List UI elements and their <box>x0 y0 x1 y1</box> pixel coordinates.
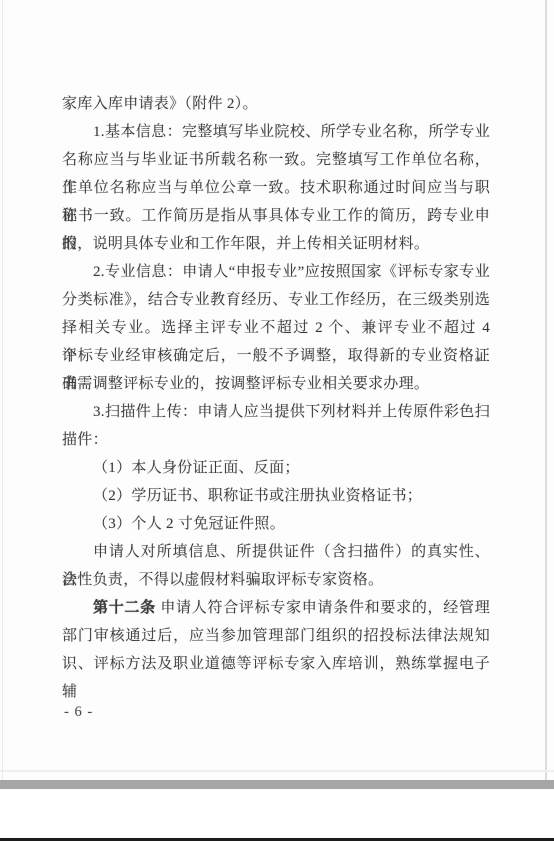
text-line: 家库入库申请表》（附件 2）。 <box>62 90 490 118</box>
text-block: 家库入库申请表》（附件 2）。1.基本信息：完整填写毕业院校、所学专业名称，所学… <box>62 90 490 678</box>
text-line: 的，说明具体专业和工作年限，并上传相关证明材料。 <box>62 230 490 258</box>
text-line: 分类标准》，结合专业教育经历、专业工作经历，在三级类别选 <box>62 286 490 314</box>
text-line: （2）学历证书、职称证书或注册执业资格证书； <box>62 482 490 510</box>
article-number-bold: 第十二条 <box>93 600 156 616</box>
page-right-edge-line <box>545 0 547 781</box>
text-line: 1.基本信息：完整填写毕业院校、所学专业名称，所学专业 <box>62 118 490 146</box>
text-line: 申请人对所填信息、所提供证件（含扫描件）的真实性、合 <box>62 538 490 566</box>
page-number: - 6 - <box>64 701 93 723</box>
text-line: 证书一致。工作简历是指从事具体专业工作的简历，跨专业申报 <box>62 202 490 230</box>
text-line: 名称应当与毕业证书所载名称一致。完整填写工作单位名称，工 <box>62 146 490 174</box>
text-line: 法性负责，不得以虚假材料骗取评标专家资格。 <box>62 566 490 594</box>
page-separator-band <box>0 780 554 789</box>
page-bottom-edge-faint-line <box>0 770 554 772</box>
text-line: 第十二条 申请人符合评标专家申请条件和要求的，经管理 <box>62 594 490 622</box>
text-line: 部门审核通过后，应当参加管理部门组织的招投标法律法规知 <box>62 622 490 650</box>
text-line: 2.专业信息：申请人“申报专业”应按照国家《评标专家专业 <box>62 258 490 286</box>
text-line: 3.扫描件上传：申请人应当提供下列材料并上传原件彩色扫 <box>62 398 490 426</box>
scanned-document-page: 家库入库申请表》（附件 2）。1.基本信息：完整填写毕业院校、所学专业名称，所学… <box>0 0 554 841</box>
text-line: 作单位名称应当与单位公章一致。技术职称通过时间应当与职称 <box>62 174 490 202</box>
page-left-edge-line <box>2 0 3 780</box>
text-line: 描件： <box>62 426 490 454</box>
text-line: （3）个人 2 寸免冠证件照。 <box>62 510 490 538</box>
text-line: 识、评标方法及职业道德等评标专家入库培训，熟练掌握电子辅 <box>62 650 490 678</box>
text-line: （1）本人身份证正面、反面； <box>62 454 490 482</box>
text-line: 择相关专业。选择主评专业不超过 2 个、兼评专业不超过 4 个。 <box>62 314 490 342</box>
text-line: 确需调整评标专业的，按调整评标专业相关要求办理。 <box>62 370 490 398</box>
next-page-top-area <box>0 789 554 838</box>
text-line: 评标专业经审核确定后，一般不予调整，取得新的专业资格证书 <box>62 342 490 370</box>
